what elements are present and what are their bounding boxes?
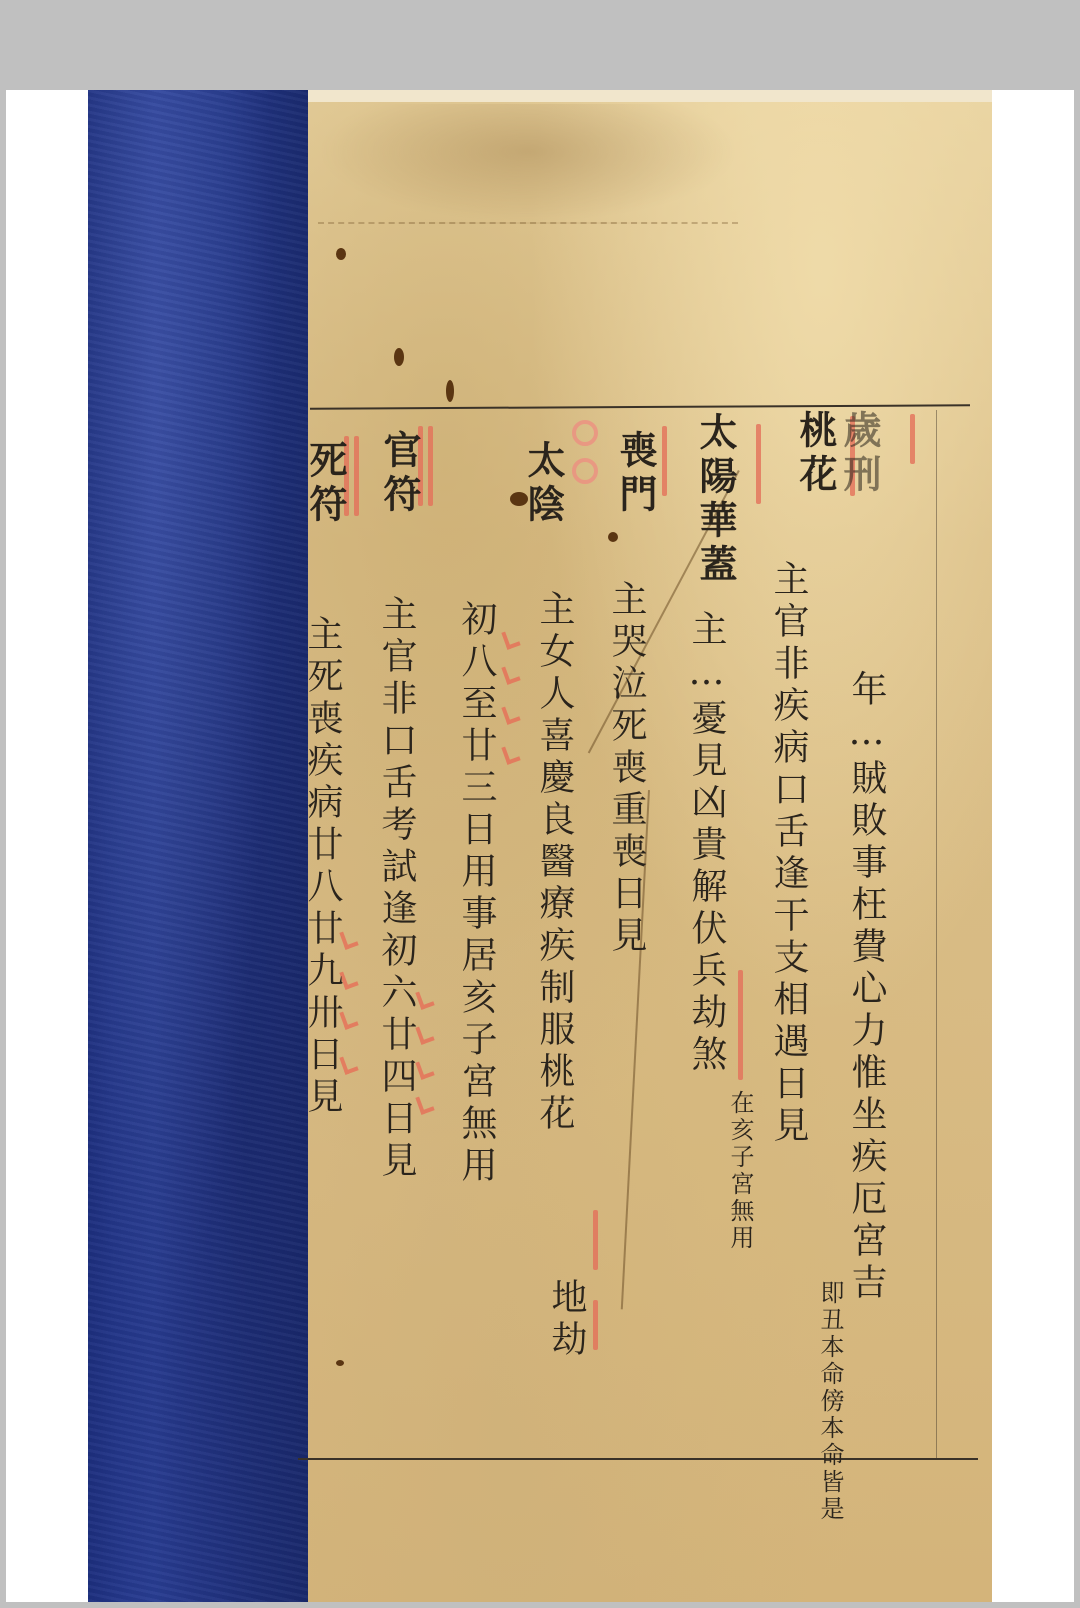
red-mark xyxy=(354,436,359,516)
paper-top-edge xyxy=(308,90,992,102)
column-text-taiyin-days: 初八至廿三日用事居亥子宮無用 xyxy=(458,600,494,1188)
wormhole xyxy=(608,532,618,542)
annotation-taiyin: 地劫 xyxy=(548,1278,584,1362)
red-circle-mark xyxy=(572,420,598,446)
column-text-taiyang-huagai: 主…憂見凶貴解伏兵劫煞 xyxy=(688,610,724,1077)
wormhole xyxy=(446,380,454,402)
column-text-taohua: 主官非疾病口舌逢干支相遇日見 xyxy=(770,560,806,1148)
blue-book-cover xyxy=(88,90,310,1602)
torn-damage-area xyxy=(318,104,738,224)
manuscript-scan: 歲刑 年…賊敗事枉費心力惟坐疾厄宮吉 即丑本命傍本命皆是 桃花 主官非疾病口舌逢… xyxy=(88,90,992,1602)
red-mark xyxy=(428,426,433,506)
red-mark xyxy=(593,1210,598,1270)
right-border-line xyxy=(936,410,937,1460)
red-mark xyxy=(756,424,761,504)
column-heading-taiyin: 太陰 xyxy=(524,440,562,528)
annotation-taiyang-huagai: 在亥子宮無用 xyxy=(728,1090,752,1252)
red-mark xyxy=(662,426,667,496)
bottom-border-line xyxy=(298,1458,978,1460)
viewer-background xyxy=(0,0,1080,90)
red-mark xyxy=(910,414,915,464)
wormhole xyxy=(394,348,404,366)
column-heading-taohua: 桃花 xyxy=(796,410,834,498)
wormhole xyxy=(336,1360,344,1366)
wormhole xyxy=(336,248,346,260)
column-text-taiyin: 主女人喜慶良醫療疾制服桃花 xyxy=(536,590,572,1136)
column-heading-sangmen: 喪門 xyxy=(616,430,654,518)
red-mark xyxy=(593,1300,598,1350)
red-mark xyxy=(738,970,743,1080)
annotation-suixing: 即丑本命傍本命皆是 xyxy=(818,1280,842,1523)
column-text-suixing: 年…賊敗事枉費心力惟坐疾厄宮吉 xyxy=(848,670,884,1305)
column-heading-guanfu: 官符 xyxy=(380,430,418,518)
red-circle-mark xyxy=(572,458,598,484)
column-text-guanfu: 主官非口舌考試逢初六廿四日見 xyxy=(378,595,414,1183)
column-text-sifu: 主死喪疾病廿八廿九卅日見 xyxy=(304,615,340,1119)
column-heading-taiyang-huagai: 太陽華蓋 xyxy=(696,412,734,588)
column-text-sangmen: 主哭泣死喪重喪日見 xyxy=(608,580,644,958)
column-heading-suixing: 歲刑 xyxy=(840,410,878,498)
column-heading-sifu: 死符 xyxy=(306,440,344,528)
